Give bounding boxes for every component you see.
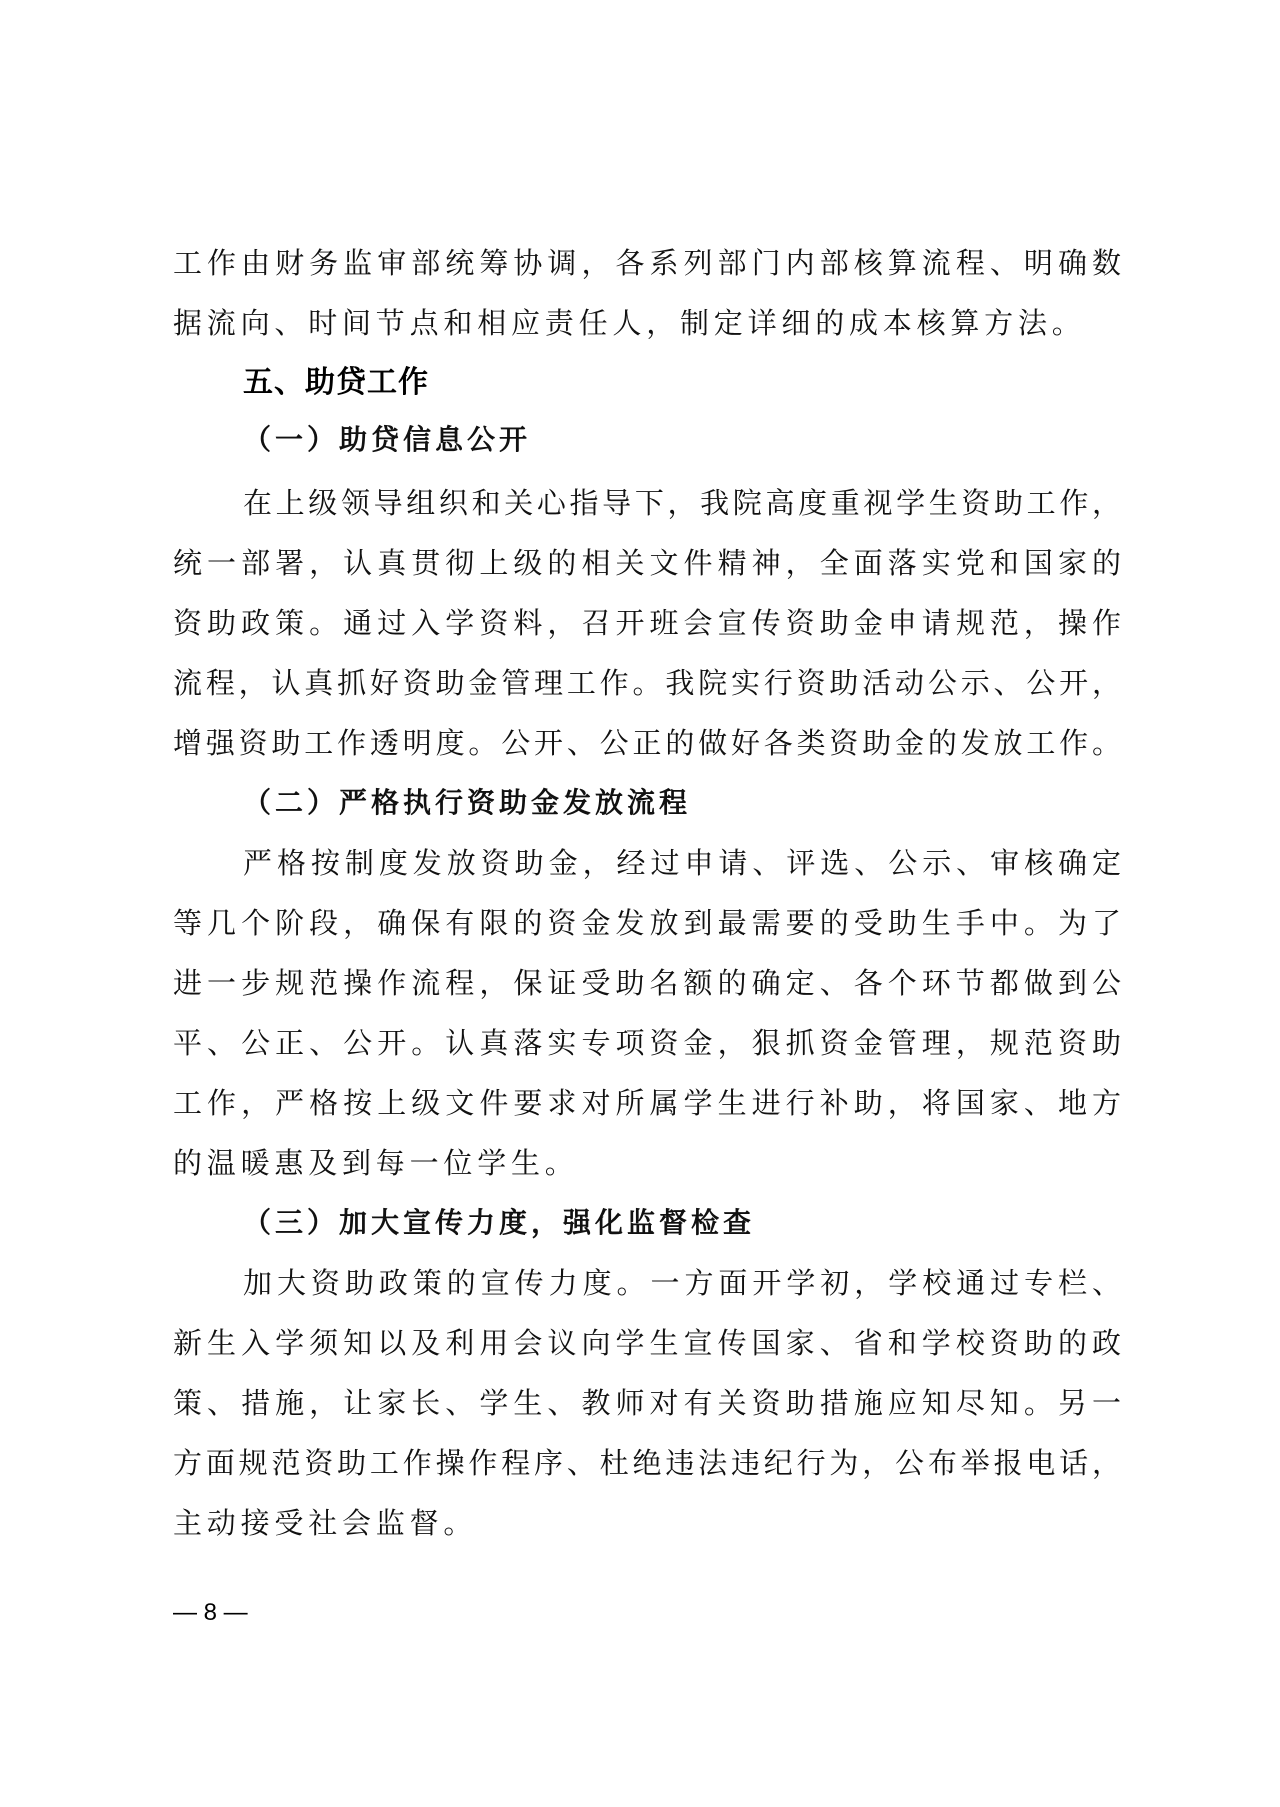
paragraph-line: 方面规范资助工作操作程序、杜绝违法违纪行为，公布举报电话， (173, 1433, 1121, 1493)
subsection-title: （三）加大宣传力度，强化监督检查 (243, 1193, 755, 1253)
paragraph-line: 在上级领导组织和关心指导下，我院高度重视学生资助工作， (243, 473, 1121, 533)
paragraph-line: 统一部署，认真贯彻上级的相关文件精神，全面落实党和国家的 (173, 533, 1121, 593)
paragraph-line: 增强资助工作透明度。公开、公正的做好各类资助金的发放工作。 (173, 713, 1121, 773)
paragraph-line: 工作由财务监审部统筹协调，各系列部门内部核算流程、明确数 (173, 233, 1121, 293)
section-heading: 五、助贷工作 (243, 353, 429, 413)
paragraph-line: 严格按制度发放资助金，经过申请、评选、公示、审核确定 (243, 833, 1121, 893)
subsection-title: （一）助贷信息公开 (243, 410, 531, 470)
document-page: 工作由财务监审部统筹协调，各系列部门内部核算流程、明确数 据流向、时间节点和相应… (0, 0, 1280, 1807)
paragraph-line: 等几个阶段，确保有限的资金发放到最需要的受助生手中。为了 (173, 893, 1121, 953)
paragraph-line: 主动接受社会监督。 (173, 1493, 1121, 1553)
paragraph-line: 流程，认真抓好资助金管理工作。我院实行资助活动公示、公开， (173, 653, 1121, 713)
paragraph-line: 的温暖惠及到每一位学生。 (173, 1133, 1121, 1193)
paragraph-line: 策、措施，让家长、学生、教师对有关资助措施应知尽知。另一 (173, 1373, 1121, 1433)
paragraph-line: 进一步规范操作流程，保证受助名额的确定、各个环节都做到公 (173, 953, 1121, 1013)
paragraph-line: 加大资助政策的宣传力度。一方面开学初，学校通过专栏、 (243, 1253, 1121, 1313)
paragraph-line: 新生入学须知以及利用会议向学生宣传国家、省和学校资助的政 (173, 1313, 1121, 1373)
paragraph-line: 工作，严格按上级文件要求对所属学生进行补助，将国家、地方 (173, 1073, 1121, 1133)
page-number: — 8 — (173, 1596, 248, 1630)
paragraph-line: 平、公正、公开。认真落实专项资金，狠抓资金管理，规范资助 (173, 1013, 1121, 1073)
subsection-title: （二）严格执行资助金发放流程 (243, 773, 691, 833)
paragraph-line: 据流向、时间节点和相应责任人，制定详细的成本核算方法。 (173, 293, 1121, 353)
paragraph-line: 资助政策。通过入学资料，召开班会宣传资助金申请规范，操作 (173, 593, 1121, 653)
